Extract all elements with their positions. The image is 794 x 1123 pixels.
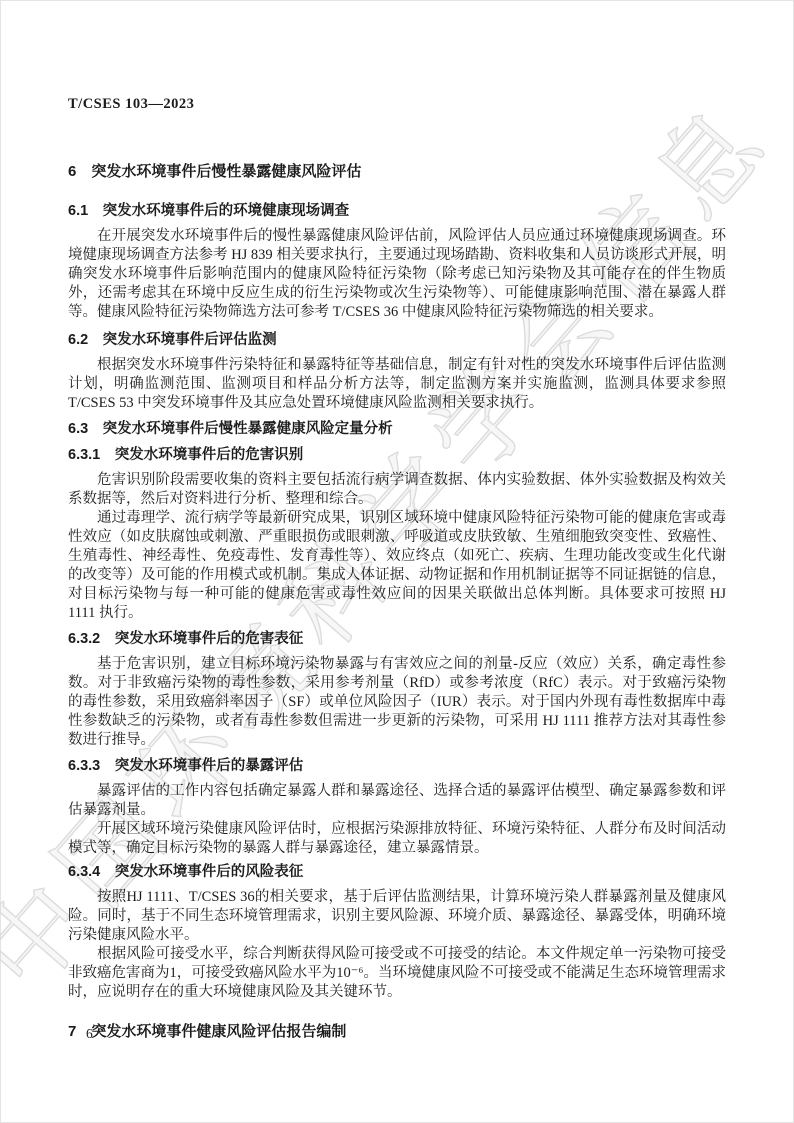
heading-6-3: 6.3 突发水环境事件后慢性暴露健康风险定量分析 [68,419,726,439]
heading-6-3-2: 6.3.2 突发水环境事件后的危害表征 [68,629,726,649]
page-number: 6 [86,1026,93,1042]
heading-6: 6 突发水环境事件后慢性暴露健康风险评估 [68,162,726,182]
paragraph-6-3-3-b: 开展区域环境污染健康风险评估时，应根据污染源排放特征、环境污染特征、人群分布及时… [68,820,726,858]
heading-6-3-3: 6.3.3 突发水环境事件后的暴露评估 [68,756,726,776]
paragraph-6-3-1-a: 危害识别阶段需要收集的资料主要包括流行病学调查数据、体内实验数据、体外实验数据及… [68,471,726,509]
heading-6-3-4: 6.3.4 突发水环境事件后的风险表征 [68,862,726,882]
document-page: 中国环境科学学会信息 T/CSES 103—2023 6 突发水环境事件后慢性暴… [0,0,794,1123]
paragraph-6-2: 根据突发水环境事件污染特征和暴露特征等基础信息，制定有针对性的突发水环境事件后评… [68,356,726,413]
paragraph-6-3-4-b: 根据风险可接受水平，综合判断获得风险可接受或不可接受的结论。本文件规定单一污染物… [68,945,726,1002]
paragraph-6-1: 在开展突发水环境事件后的慢性暴露健康风险评估前，风险评估人员应通过环境健康现场调… [68,227,726,322]
document-header: T/CSES 103—2023 [68,96,194,113]
paragraph-6-3-4-a: 按照HJ 1111、T/CSES 36的相关要求，基于后评估监测结果，计算环境污… [68,888,726,945]
document-body: 6 突发水环境事件后慢性暴露健康风险评估 6.1 突发水环境事件后的环境健康现场… [68,114,726,1042]
heading-6-1: 6.1 突发水环境事件后的环境健康现场调查 [68,201,726,221]
heading-7: 7 突发水环境事件健康风险评估报告编制 [68,1022,726,1042]
paragraph-6-3-1-b: 通过毒理学、流行病学等最新研究成果，识别区域环境中健康风险特征污染物可能的健康危… [68,509,726,623]
paragraph-6-3-3-a: 暴露评估的工作内容包括确定暴露人群和暴露途径、选择合适的暴露评估模型、确定暴露参… [68,782,726,820]
paragraph-6-3-2: 基于危害识别，建立目标环境污染物暴露与有害效应之间的剂量-反应（效应）关系，确定… [68,655,726,750]
heading-6-3-1: 6.3.1 突发水环境事件后的危害识别 [68,445,726,465]
heading-6-2: 6.2 突发水环境事件后评估监测 [68,330,726,350]
